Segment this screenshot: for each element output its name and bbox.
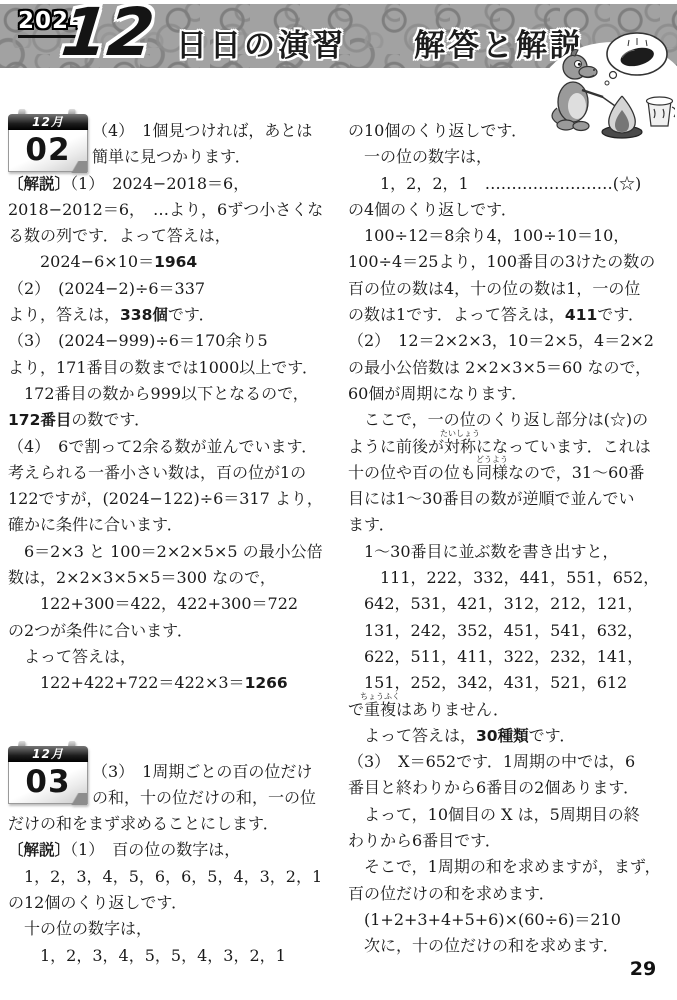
text-line: 〔解説〕（1） 百の位の数字は， (8, 837, 342, 863)
text-line: （2） (2024−2)÷6＝337 (8, 276, 342, 302)
text-line: より，171番目の数までは1000以上です． (8, 355, 342, 381)
calendar-icon-02: 12月 02 (8, 114, 88, 172)
section-day-03: 12月 03 （3） 1周期ごとの百の位だけの和，十の位だけの和，一の位だけの和… (8, 759, 342, 969)
bold-answer: 172番目 (8, 411, 71, 429)
text-line: ように前後が対称たいしょうになっています．これは (348, 434, 674, 460)
text-line: 100÷4＝25より，100番目の3けたの数の (348, 249, 674, 275)
text-line: 60個が周期になります． (348, 381, 674, 407)
text-line: で重複ちょうふくはありません． (348, 697, 674, 723)
page-number: 29 (618, 958, 668, 980)
text-line: の2つが条件に合います． (8, 618, 342, 644)
text-line: 数は，2×2×3×5×5＝300 なので， (8, 565, 342, 591)
text-line: の最小公倍数は 2×2×3×5＝60 なので， (348, 355, 674, 381)
text-line: だけの和をまず求めることにします． (8, 811, 342, 837)
text-line: 一の位の数字は， (348, 144, 674, 170)
bubble-dot-large (610, 72, 617, 79)
text-line: 172番目の数から999以下となるので， (8, 381, 342, 407)
header-month-number: 12 (58, 0, 158, 71)
text-line: ここで，一の位のくり返し部分は(☆)の (348, 407, 674, 433)
section-day-02: 12月 02 （4） 1個見つければ，あとは簡単に見つかります．〔解説〕（1） … (8, 118, 342, 697)
left-column: 12月 02 （4） 1個見つければ，あとは簡単に見つかります．〔解説〕（1） … (8, 118, 342, 969)
bold-answer: 30種類 (476, 727, 529, 745)
ruby-text: 重複ちょうふく (364, 700, 396, 719)
text-line: 目には1～30番目の数が逆順で並んでい (348, 486, 674, 512)
text-line: 122+422+722＝422×3＝1266 (8, 670, 342, 696)
text-line: 百の位の数は4，十の位の数は1，一の位 (348, 276, 674, 302)
calendar-page-curl (61, 161, 87, 173)
calendar-page-curl (61, 793, 87, 805)
text-line: の12個のくり返しです． (8, 890, 342, 916)
ruby-text: 同様どうよう (476, 463, 508, 482)
text-line: 十の位の数字は， (8, 916, 342, 942)
bold-answer: 〔解説〕 (8, 841, 70, 859)
text-line: 次に，十の位だけの和を求めます． (348, 933, 674, 959)
text-line: 1，2，2，1 ……………………(☆) (348, 171, 674, 197)
text-line: 122ですが，(2024−122)÷6＝317 より， (8, 486, 342, 512)
text-line: 百の位だけの和を求めます． (348, 881, 674, 907)
furigana: たいしょう (440, 430, 480, 438)
ruby-text: 対称たいしょう (444, 437, 476, 456)
text-line: 131，242，352，451，541，632， (348, 618, 674, 644)
right-column: の10個のくり返しです． 一の位の数字は， 1，2，2，1 ……………………(☆… (348, 118, 674, 960)
text-line: 〔解説〕（1） 2024−2018＝6， (8, 171, 342, 197)
furigana: どうよう (476, 456, 508, 464)
text-line: 642，531，421，312，212，121， (348, 591, 674, 617)
bold-answer: 1266 (245, 674, 288, 692)
page-title: 日日の演習 解答と解説 (176, 20, 584, 65)
text-line: 1～30番目に並ぶ数を書き出すと， (348, 539, 674, 565)
text-line: 622，511，411，322，232，141， (348, 644, 674, 670)
text-line: よって答えは，30種類です． (348, 723, 674, 749)
text-line: 172番目の数です． (8, 407, 342, 433)
text-line: る数の列です．よって答えは， (8, 223, 342, 249)
workbook-page: 2024 12 日日の演習 解答と解説 (0, 0, 677, 1000)
text-line: ます． (348, 512, 674, 538)
text-line: 1，2，3，4，5，5，4，3，2，1 (8, 943, 342, 969)
text-line: 十の位や百の位も同様どうようなので，31～60番 (348, 460, 674, 486)
text-line: 考えられる一番小さい数は，百の位が1の (8, 460, 342, 486)
bold-answer: 411 (565, 306, 597, 324)
text-line: の10個のくり返しです． (348, 118, 674, 144)
calendar-month-label: 12月 (8, 746, 88, 762)
right-column-text: の10個のくり返しです． 一の位の数字は， 1，2，2，1 ……………………(☆… (348, 118, 674, 960)
section-02-text: （4） 1個見つければ，あとは簡単に見つかります．〔解説〕（1） 2024−20… (8, 118, 342, 697)
text-line: の4個のくり返しです． (348, 197, 674, 223)
bold-answer: 338個 (120, 306, 168, 324)
text-line: 確かに条件に合います． (8, 512, 342, 538)
text-line: よって答えは， (8, 644, 342, 670)
text-line: 2018−2012＝6， …より，6ずつ小さくな (8, 197, 342, 223)
bold-answer: 1964 (154, 253, 197, 271)
text-line: より，答えは，338個です． (8, 302, 342, 328)
text-line: 番目と終わりから6番目の2個あります． (348, 775, 674, 801)
calendar-month-label: 12月 (8, 114, 88, 130)
text-line: よって，10個目の X は，5周期目の終 (348, 802, 674, 828)
text-line: そこで，1周期の和を求めますが，まず， (348, 854, 674, 880)
text-line: わりから6番目です． (348, 828, 674, 854)
bubble-dot-small (605, 81, 609, 85)
text-line: の数は1です．よって答えは，411です． (348, 302, 674, 328)
text-line: 122+300＝422，422+300＝722 (8, 591, 342, 617)
text-line: （3） (2024−999)÷6＝170余り5 (8, 328, 342, 354)
text-line: （4） 6で割って2余る数が並んでいます． (8, 434, 342, 460)
text-line: 111，222，332，441，551，652， (348, 565, 674, 591)
text-line: （2） 12＝2×2×3，10＝2×5，4＝2×2 (348, 328, 674, 354)
text-line: (1+2+3+4+5+6)×(60÷6)＝210 (348, 907, 674, 933)
text-line: 100÷12＝8余り4，100÷10＝10， (348, 223, 674, 249)
text-line: 1，2，3，4，5，6，6，5，4，3，2，1 (8, 864, 342, 890)
calendar-icon-03: 12月 03 (8, 746, 88, 804)
bold-answer: 〔解説〕 (8, 175, 70, 193)
text-line: 6＝2×3 と 100＝2×2×5×5 の最小公倍 (8, 539, 342, 565)
text-line: 2024−6×10＝1964 (8, 249, 342, 275)
furigana: ちょうふく (360, 693, 400, 701)
text-line: （3） X＝652です．1周期の中では，6 (348, 749, 674, 775)
